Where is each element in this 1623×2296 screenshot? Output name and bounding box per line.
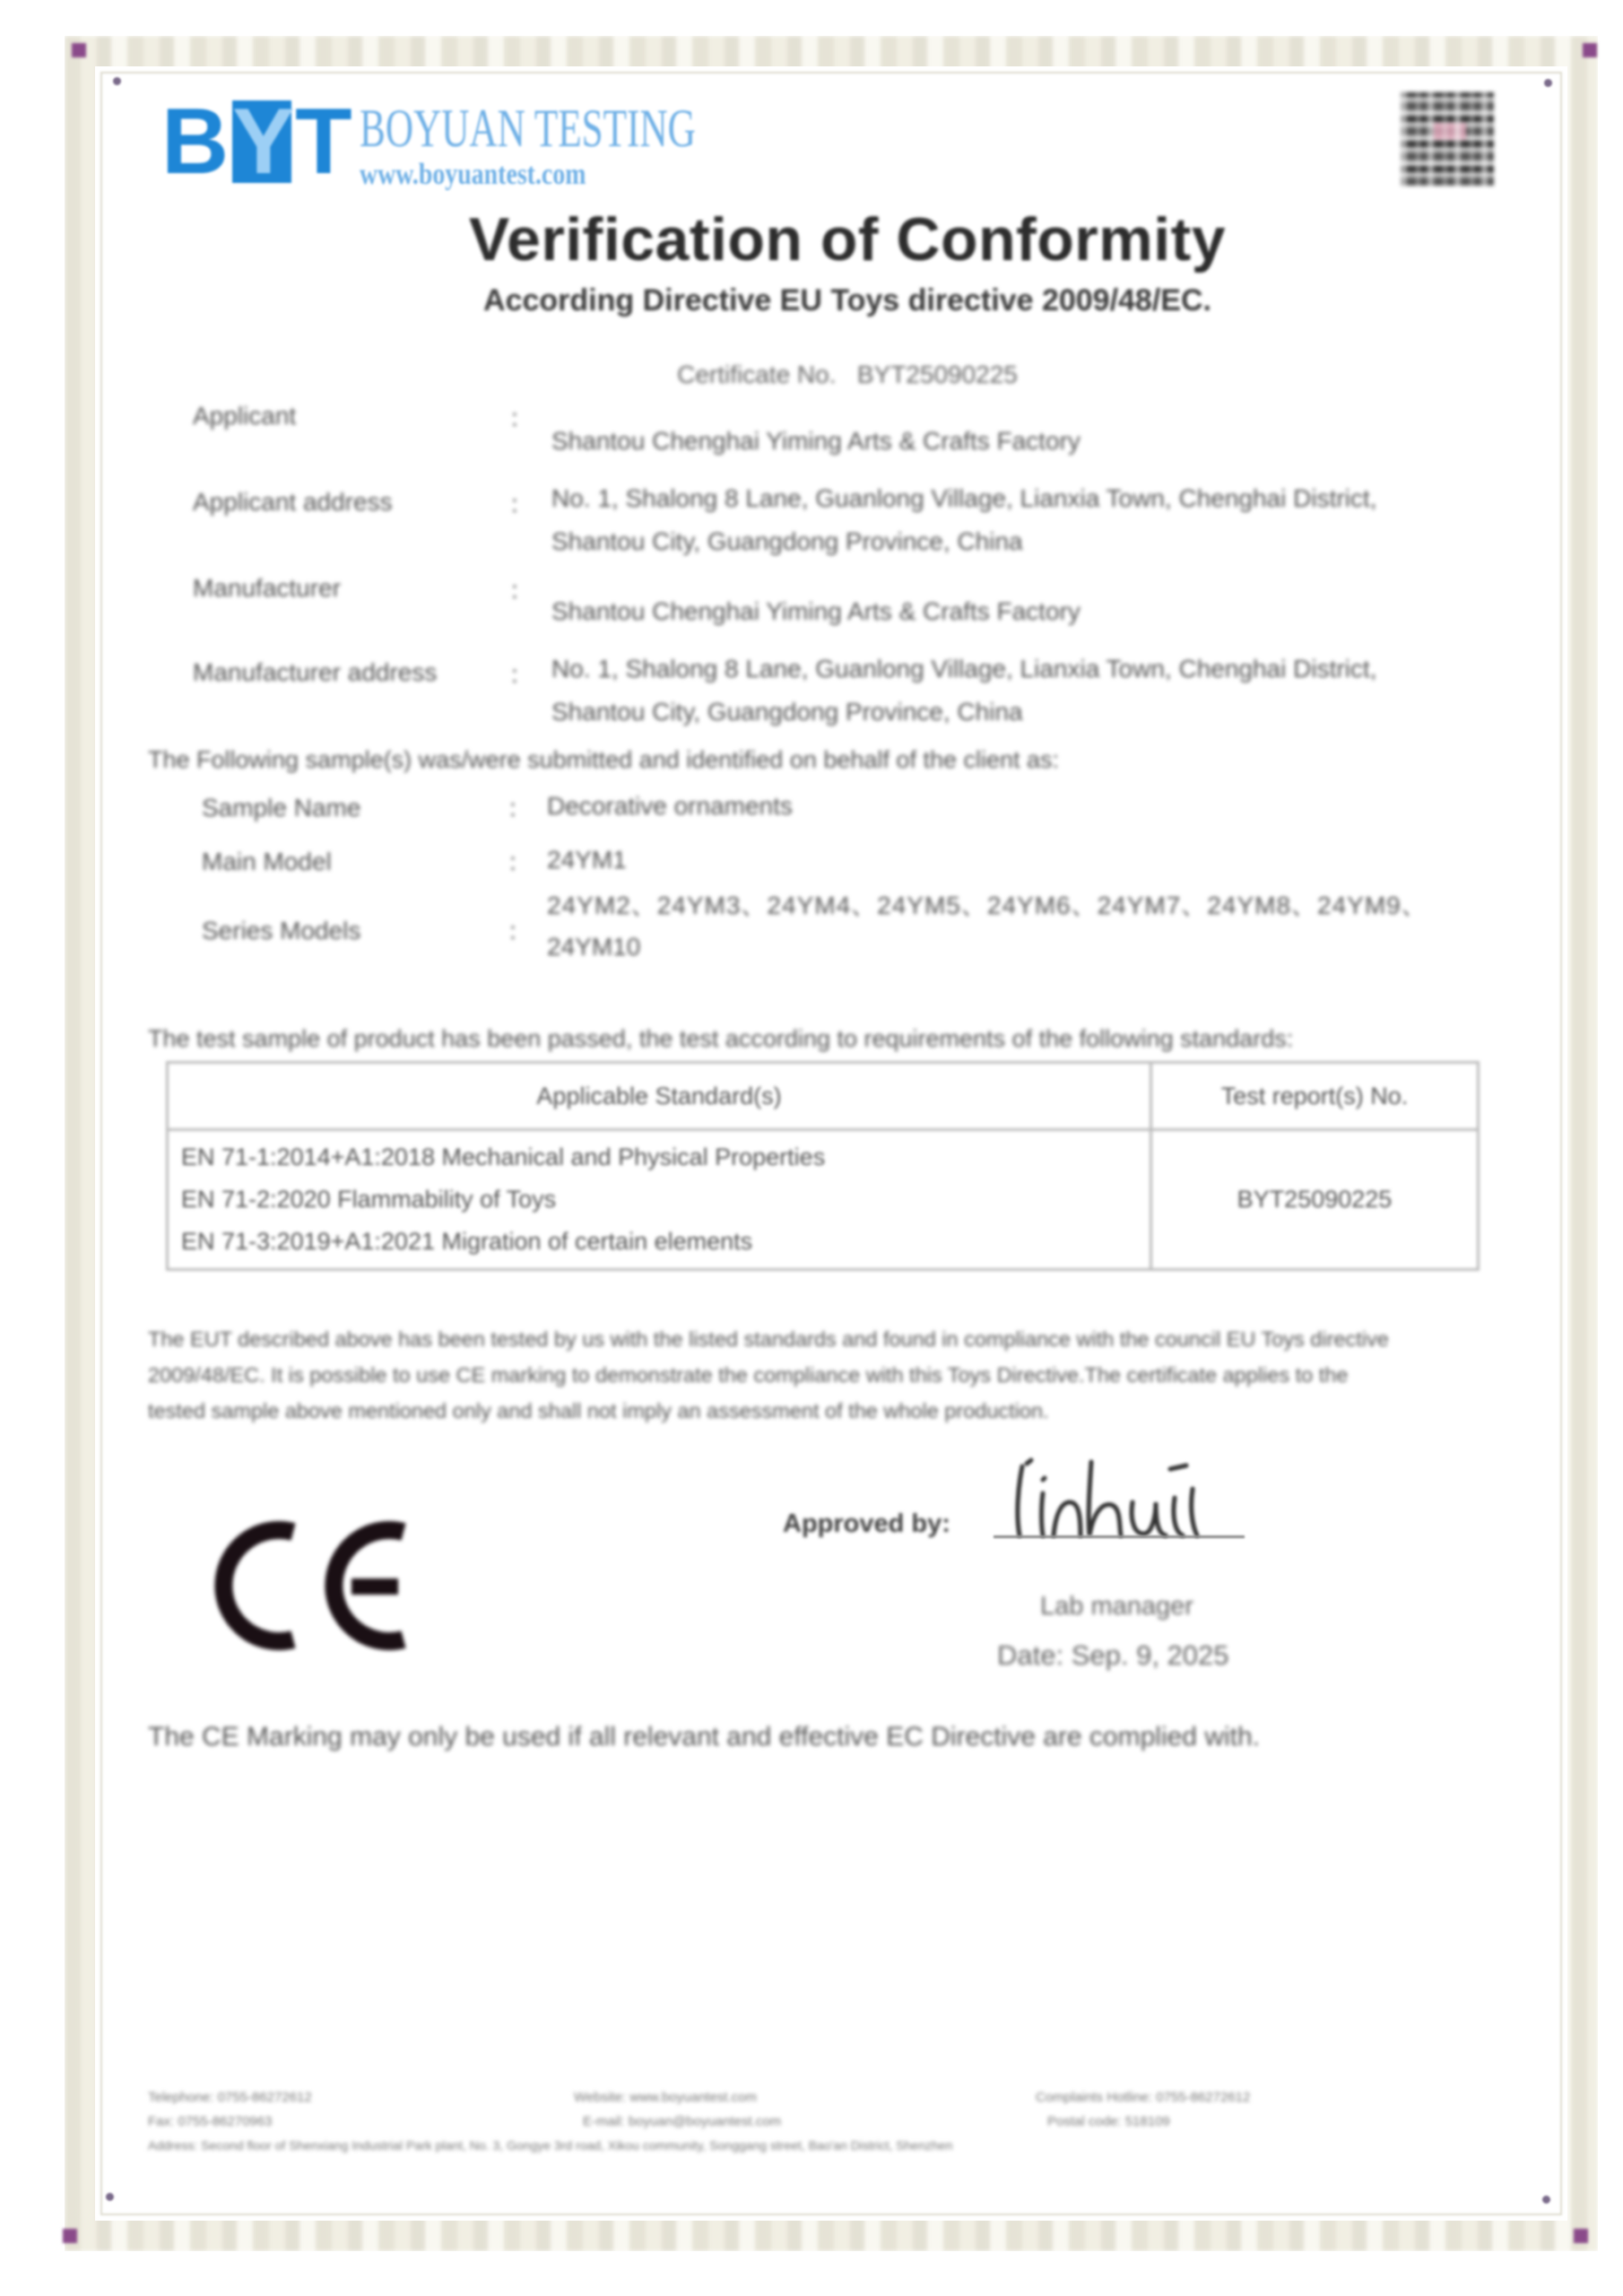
certificate-number-label: Certificate No. (677, 361, 836, 388)
field-value: 24YM2、24YM3、24YM4、24YM5、24YM6、24YM7、24YM… (547, 884, 1428, 927)
field-value: Decorative ornaments (547, 785, 793, 828)
ce-mark-icon (208, 1514, 412, 1657)
corner-ornament-icon (72, 43, 86, 57)
field-value: 24YM10 (547, 926, 640, 969)
certificate-number-value: BYT25090225 (857, 361, 1018, 388)
qr-code-icon (1401, 92, 1494, 186)
corner-ornament-icon (1583, 43, 1597, 57)
field-label: Main Model (202, 848, 332, 876)
field-label: Series Models (202, 917, 360, 945)
corner-dot-icon (106, 2193, 114, 2201)
footer-address: Address: Second floor of Shenxiang Indus… (148, 2138, 952, 2152)
footer-fax: Fax: 0755-86270963 (148, 2114, 272, 2129)
approver-role: Lab manager (1040, 1592, 1193, 1622)
corner-dot-icon (113, 77, 121, 85)
footer-email: E-mail: boyuan@boyuantest.com (583, 2114, 781, 2129)
corner-ornament-icon (1574, 2229, 1588, 2243)
field-label: Sample Name (202, 794, 360, 822)
sample-intro: The Following sample(s) was/were submitt… (148, 746, 1059, 774)
footer-complaints: Complaints Hotline: 0755-86272612 (1036, 2090, 1250, 2105)
ce-marking-note: The CE Marking may only be used if all r… (148, 1722, 1260, 1752)
footer-website: Website: www.boyuantest.com (574, 2090, 757, 2105)
field-value: Shantou City, Guangdong Province, China (551, 520, 1023, 563)
footer-telephone: Telephone: 0755-86272612 (148, 2090, 312, 2105)
field-value: Shantou Chenghai Yiming Arts & Crafts Fa… (551, 420, 1081, 463)
field-label: Manufacturer (193, 574, 341, 603)
standard-item: EN 71-3:2019+A1:2021 Migration of certai… (181, 1221, 1137, 1263)
compliance-line: The EUT described above has been tested … (148, 1327, 1389, 1352)
field-label: Manufacturer address (193, 658, 437, 687)
report-number: BYT25090225 (1151, 1130, 1479, 1270)
approved-by-label: Approved by: (783, 1509, 950, 1539)
approval-date: Date: Sep. 9, 2025 (997, 1639, 1229, 1672)
logo-letter-y: Y (232, 100, 291, 183)
compliance-line: 2009/48/EC. It is possible to use CE mar… (148, 1363, 1348, 1387)
standard-item: EN 71-1:2014+A1:2018 Mechanical and Phys… (181, 1136, 1137, 1178)
standard-item: EN 71-2:2020 Flammability of Toys (181, 1178, 1137, 1221)
corner-dot-icon (1542, 2196, 1550, 2204)
standards-list: EN 71-1:2014+A1:2018 Mechanical and Phys… (168, 1130, 1151, 1270)
signature-line (994, 1535, 1245, 1538)
document-title: Verification of Conformity (0, 204, 1623, 274)
company-name: BOYUAN TESTING (360, 100, 696, 156)
logo-letter-t: T (295, 100, 352, 183)
logo-letter-b: B (161, 100, 229, 183)
footer-postal-code: Postal code: 518109 (1047, 2114, 1170, 2129)
corner-dot-icon (1544, 79, 1552, 87)
field-label: Applicant address (193, 488, 393, 517)
table-header-report-no: Test report(s) No. (1151, 1063, 1479, 1130)
company-logo: B Y T BOYUAN TESTING www.boyuantest.com (161, 100, 826, 192)
logo-mark: B Y T (161, 100, 352, 183)
standards-intro: The test sample of product has been pass… (148, 1025, 1293, 1053)
company-website: www.boyuantest.com (360, 158, 742, 192)
corner-ornament-icon (63, 2229, 77, 2243)
table-header-standards: Applicable Standard(s) (168, 1063, 1151, 1130)
field-value: 24YM1 (547, 839, 627, 882)
document-subtitle: According Directive EU Toys directive 20… (0, 283, 1623, 318)
field-value: No. 1, Shalong 8 Lane, Guanlong Village,… (551, 648, 1376, 691)
field-value: Shantou City, Guangdong Province, China (551, 691, 1023, 734)
field-value: Shantou Chenghai Yiming Arts & Crafts Fa… (551, 590, 1081, 633)
field-value: No. 1, Shalong 8 Lane, Guanlong Village,… (551, 477, 1376, 520)
compliance-line: tested sample above mentioned only and s… (148, 1399, 1049, 1423)
standards-table: Applicable Standard(s) Test report(s) No… (166, 1061, 1480, 1271)
table-row: EN 71-1:2014+A1:2018 Mechanical and Phys… (168, 1130, 1479, 1270)
field-label: Applicant (193, 402, 296, 430)
certificate-number: Certificate No. BYT25090225 (0, 361, 1623, 389)
